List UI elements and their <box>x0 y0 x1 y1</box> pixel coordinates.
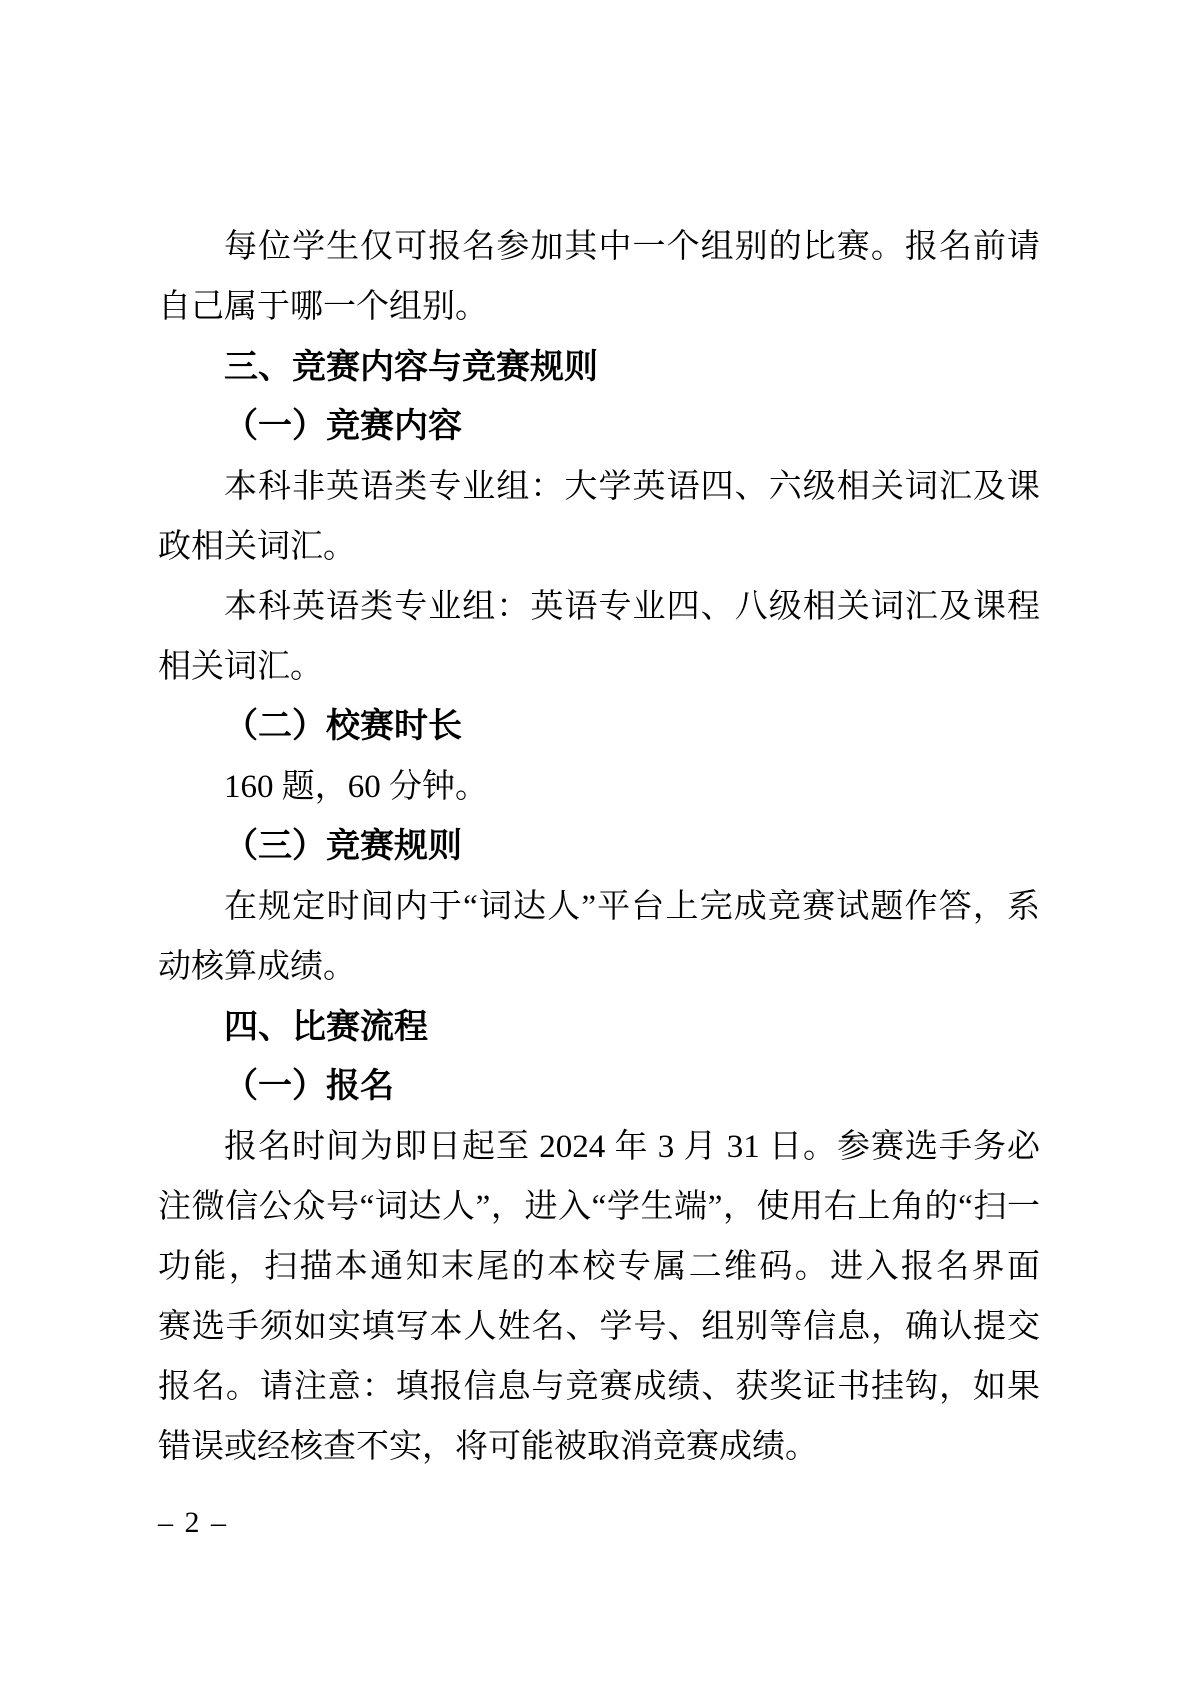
paragraph-line: 在规定时间内于“词达人”平台上完成竞赛试题作答，系统自 <box>158 877 1040 937</box>
paragraph-line: 每位学生仅可报名参加其中一个组别的比赛。报名前请确认 <box>158 217 1040 277</box>
paragraph-line: 注微信公众号“词达人”，进入“学生端”，使用右上角的“扫一扫” <box>158 1177 1040 1237</box>
paragraph-line: 报名时间为即日起至 2024 年 3 月 31 日。参赛选手务必先关 <box>158 1117 1040 1177</box>
document-page: 每位学生仅可报名参加其中一个组别的比赛。报名前请确认 自己属于哪一个组别。 三、… <box>0 0 1191 1684</box>
paragraph-line: 动核算成绩。 <box>158 937 1040 997</box>
paragraph-line: 报名。请注意：填报信息与竞赛成绩、获奖证书挂钩，如果填报 <box>158 1357 1040 1417</box>
subsection-heading-4-1: （一）报名 <box>158 1057 1040 1117</box>
section-heading-3: 三、竞赛内容与竞赛规则 <box>158 337 1040 397</box>
paragraph-line: 本科英语类专业组：英语专业四、八级相关词汇及课程思政 <box>158 577 1040 637</box>
section-heading-4: 四、比赛流程 <box>158 997 1040 1057</box>
subsection-heading-3-3: （三）竞赛规则 <box>158 817 1040 877</box>
paragraph-line: 政相关词汇。 <box>158 517 1040 577</box>
paragraph-line: 错误或经核查不实，将可能被取消竞赛成绩。 <box>158 1417 1040 1477</box>
page-number: – 2 – <box>158 1493 1040 1553</box>
paragraph-line: 自己属于哪一个组别。 <box>158 277 1040 337</box>
paragraph-line: 本科非英语类专业组：大学英语四、六级相关词汇及课程思 <box>158 457 1040 517</box>
paragraph-line: 相关词汇。 <box>158 637 1040 697</box>
subsection-heading-3-1: （一）竞赛内容 <box>158 397 1040 457</box>
paragraph-line: 160 题，60 分钟。 <box>158 757 1040 817</box>
paragraph-line: 赛选手须如实填写本人姓名、学号、组别等信息，确认提交完成 <box>158 1297 1040 1357</box>
subsection-heading-3-2: （二）校赛时长 <box>158 697 1040 757</box>
paragraph-line: 功能，扫描本通知末尾的本校专属二维码。进入报名界面后，参 <box>158 1237 1040 1297</box>
